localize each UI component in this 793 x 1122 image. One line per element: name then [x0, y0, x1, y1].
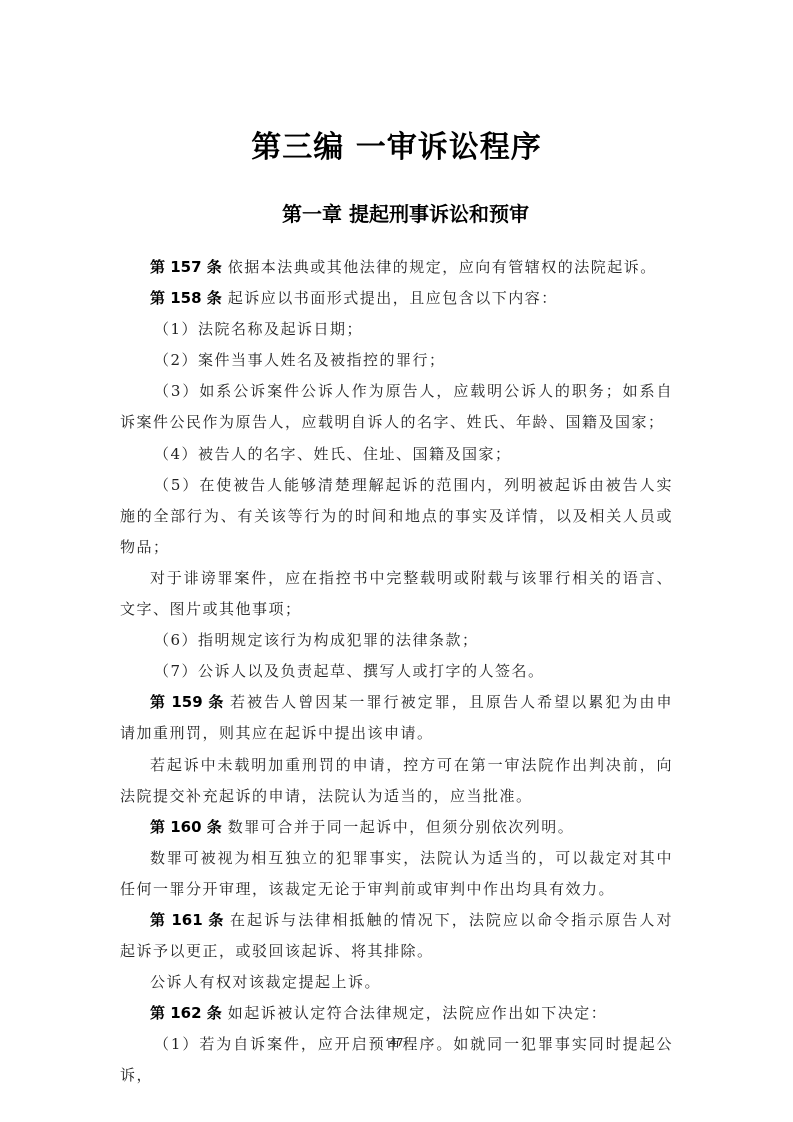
- page-number: 47: [0, 1036, 793, 1049]
- part-title: 第三编 一审诉讼程序: [0, 128, 793, 168]
- article-number: 第 157 条: [150, 258, 222, 276]
- document-body: 第 157 条依据本法典或其他法律的规定，应向有管辖权的法院起诉。 第 158 …: [120, 252, 673, 1092]
- article-text: 数罪可合并于同一起诉中，但须分别依次列明。: [228, 818, 575, 836]
- article-number: 第 161 条: [150, 911, 224, 929]
- paragraph: 公诉人有权对该裁定提起上诉。: [120, 967, 673, 998]
- article-161: 第 161 条在起诉与法律相抵触的情况下，法院应以命令指示原告人对起诉予以更正，…: [120, 905, 673, 967]
- article-159: 第 159 条若被告人曾因某一罪行被定罪，且原告人希望以累犯为由申请加重刑罚，则…: [120, 687, 673, 749]
- list-item: （2）案件当事人姓名及被指控的罪行；: [120, 345, 673, 376]
- article-number: 第 160 条: [150, 818, 222, 836]
- article-160: 第 160 条数罪可合并于同一起诉中，但须分别依次列明。: [120, 812, 673, 843]
- list-item: （6）指明规定该行为构成犯罪的法律条款；: [120, 625, 673, 656]
- list-item: （1）法院名称及起诉日期；: [120, 314, 673, 345]
- article-text: 如起诉被认定符合法律规定，法院应作出如下决定：: [228, 1004, 608, 1022]
- paragraph: 对于诽谤罪案件，应在指控书中完整载明或附载与该罪行相关的语言、文字、图片或其他事…: [120, 563, 673, 625]
- article-158: 第 158 条起诉应以书面形式提出，且应包含以下内容：: [120, 283, 673, 314]
- article-number: 第 162 条: [150, 1004, 222, 1022]
- paragraph: 数罪可被视为相互独立的犯罪事实，法院认为适当的，可以裁定对其中任何一罪分开审理，…: [120, 843, 673, 905]
- article-number: 第 158 条: [150, 289, 222, 307]
- document-page: 第三编 一审诉讼程序 第一章 提起刑事诉讼和预审 第 157 条依据本法典或其他…: [0, 0, 793, 1122]
- article-162: 第 162 条如起诉被认定符合法律规定，法院应作出如下决定：: [120, 998, 673, 1029]
- list-item: （4）被告人的名字、姓氏、住址、国籍及国家；: [120, 439, 673, 470]
- article-number: 第 159 条: [150, 693, 224, 711]
- paragraph: 若起诉中未载明加重刑罚的申请，控方可在第一审法院作出判决前，向法院提交补充起诉的…: [120, 750, 673, 812]
- list-item: （3）如系公诉案件公诉人作为原告人，应载明公诉人的职务；如系自诉案件公民作为原告…: [120, 376, 673, 438]
- article-157: 第 157 条依据本法典或其他法律的规定，应向有管辖权的法院起诉。: [120, 252, 673, 283]
- article-text: 起诉应以书面形式提出，且应包含以下内容：: [228, 289, 558, 307]
- article-text: 依据本法典或其他法律的规定，应向有管辖权的法院起诉。: [228, 258, 657, 276]
- list-item: （7）公诉人以及负责起草、撰写人或打字的人签名。: [120, 656, 673, 687]
- list-item: （5）在使被告人能够清楚理解起诉的范围内，列明被起诉由被告人实施的全部行为、有关…: [120, 470, 673, 563]
- chapter-title: 第一章 提起刑事诉讼和预审: [0, 200, 793, 228]
